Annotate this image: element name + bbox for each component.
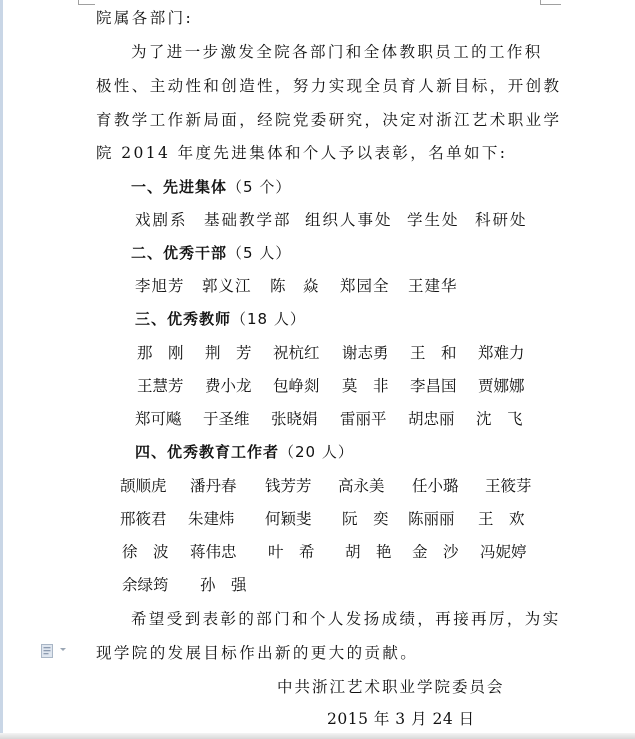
list-item: 何颖斐 (265, 509, 312, 529)
list-item: 贾娜娜 (478, 376, 525, 396)
section-count: （5 个） (227, 178, 291, 196)
list-item: 王筱芽 (485, 476, 532, 496)
list-item: 费小龙 (205, 376, 252, 396)
section-title: 一、先进集体 (131, 178, 227, 196)
list-item: 郑园全 (340, 276, 390, 296)
list-item: 叶 希 (268, 542, 315, 562)
list-item: 包峥剡 (273, 376, 320, 396)
section-heading-outstanding-educators: 四、优秀教育工作者（20 人） (135, 442, 354, 462)
list-item: 那 刚 (137, 343, 184, 363)
list-item: 莫 非 (342, 376, 389, 396)
date: 2015 年 3 月 24 日 (327, 709, 475, 729)
section-count: （5 人） (227, 244, 291, 262)
section-title: 二、优秀干部 (131, 244, 227, 262)
list-item: 科研处 (475, 210, 528, 230)
section-heading-advanced-collectives: 一、先进集体（5 个） (131, 177, 291, 197)
list-item: 潘丹春 (190, 476, 237, 496)
page-bottom-shadow (0, 733, 635, 739)
list-item: 陈丽丽 (408, 509, 455, 529)
signature: 中共浙江艺术职业学院委员会 (277, 677, 505, 697)
list-item: 颉顺虎 (120, 476, 167, 496)
list-item: 高永美 (338, 476, 385, 496)
list-item: 谢志勇 (342, 343, 389, 363)
list-item: 朱建炜 (188, 509, 235, 529)
list-item: 王 欢 (478, 509, 525, 529)
list-item: 阮 奕 (342, 509, 389, 529)
list-item: 陈 焱 (270, 276, 320, 296)
list-item: 王 和 (410, 343, 457, 363)
section-title: 四、优秀教育工作者 (135, 443, 279, 461)
list-item: 戏剧系 (135, 210, 188, 230)
list-item: 任小璐 (412, 476, 459, 496)
list-item: 王建华 (408, 276, 458, 296)
section-heading-outstanding-teachers: 三、优秀教师（18 人） (135, 309, 306, 329)
closing-line-1: 希望受到表彰的部门和个人发扬成绩，再接再厉，为实 (131, 609, 561, 629)
clipboard-paste-icon[interactable] (41, 644, 53, 658)
list-item: 胡 艳 (345, 542, 392, 562)
section-count: （18 人） (231, 310, 306, 328)
list-item: 学生处 (407, 210, 460, 230)
page-corner-mark-top-right (540, 0, 561, 5)
list-item: 李昌国 (410, 376, 457, 396)
list-item: 冯妮婷 (480, 542, 527, 562)
list-item: 蒋伟忠 (190, 542, 237, 562)
list-item: 郭义江 (202, 276, 252, 296)
list-item: 郑可飚 (135, 409, 182, 429)
intro-line-1: 为了进一步激发全院各部门和全体教职员工的工作积 (131, 42, 543, 62)
page-corner-mark-top-left (78, 0, 95, 5)
list-item: 徐 波 (122, 542, 169, 562)
list-item: 组织人事处 (305, 210, 393, 230)
list-item: 祝杭红 (273, 343, 320, 363)
chevron-down-icon[interactable] (60, 648, 66, 651)
list-item: 王慧芳 (137, 376, 184, 396)
list-item: 余绿筠 (122, 575, 169, 595)
list-item: 李旭芳 (135, 276, 185, 296)
window-left-edge (0, 0, 3, 739)
intro-line-2: 极性、主动性和创造性，努力实现全员育人新目标，开创教 (96, 76, 561, 96)
salutation: 院属各部门: (96, 8, 193, 28)
list-item: 郑难力 (478, 343, 525, 363)
list-item: 孙 强 (200, 575, 247, 595)
list-item: 于圣维 (203, 409, 250, 429)
list-item: 张晓娟 (271, 409, 318, 429)
list-item: 金 沙 (412, 542, 459, 562)
list-item: 邢筱君 (120, 509, 167, 529)
closing-line-2: 现学院的发展目标作出新的更大的贡献。 (96, 643, 418, 663)
list-item: 钱芳芳 (265, 476, 312, 496)
intro-line-4: 院 2014 年度先进集体和个人予以表彰，名单如下: (96, 143, 507, 163)
list-item: 沈 飞 (476, 409, 523, 429)
list-item: 雷丽平 (340, 409, 387, 429)
section-title: 三、优秀教师 (135, 310, 231, 328)
section-heading-outstanding-cadres: 二、优秀干部（5 人） (131, 243, 291, 263)
intro-line-3: 育教学工作新局面，经院党委研究，决定对浙江艺术职业学 (96, 110, 561, 130)
section-count: （20 人） (279, 443, 354, 461)
list-item: 荆 芳 (205, 343, 252, 363)
list-item: 基础教学部 (204, 210, 292, 230)
list-item: 胡忠丽 (408, 409, 455, 429)
